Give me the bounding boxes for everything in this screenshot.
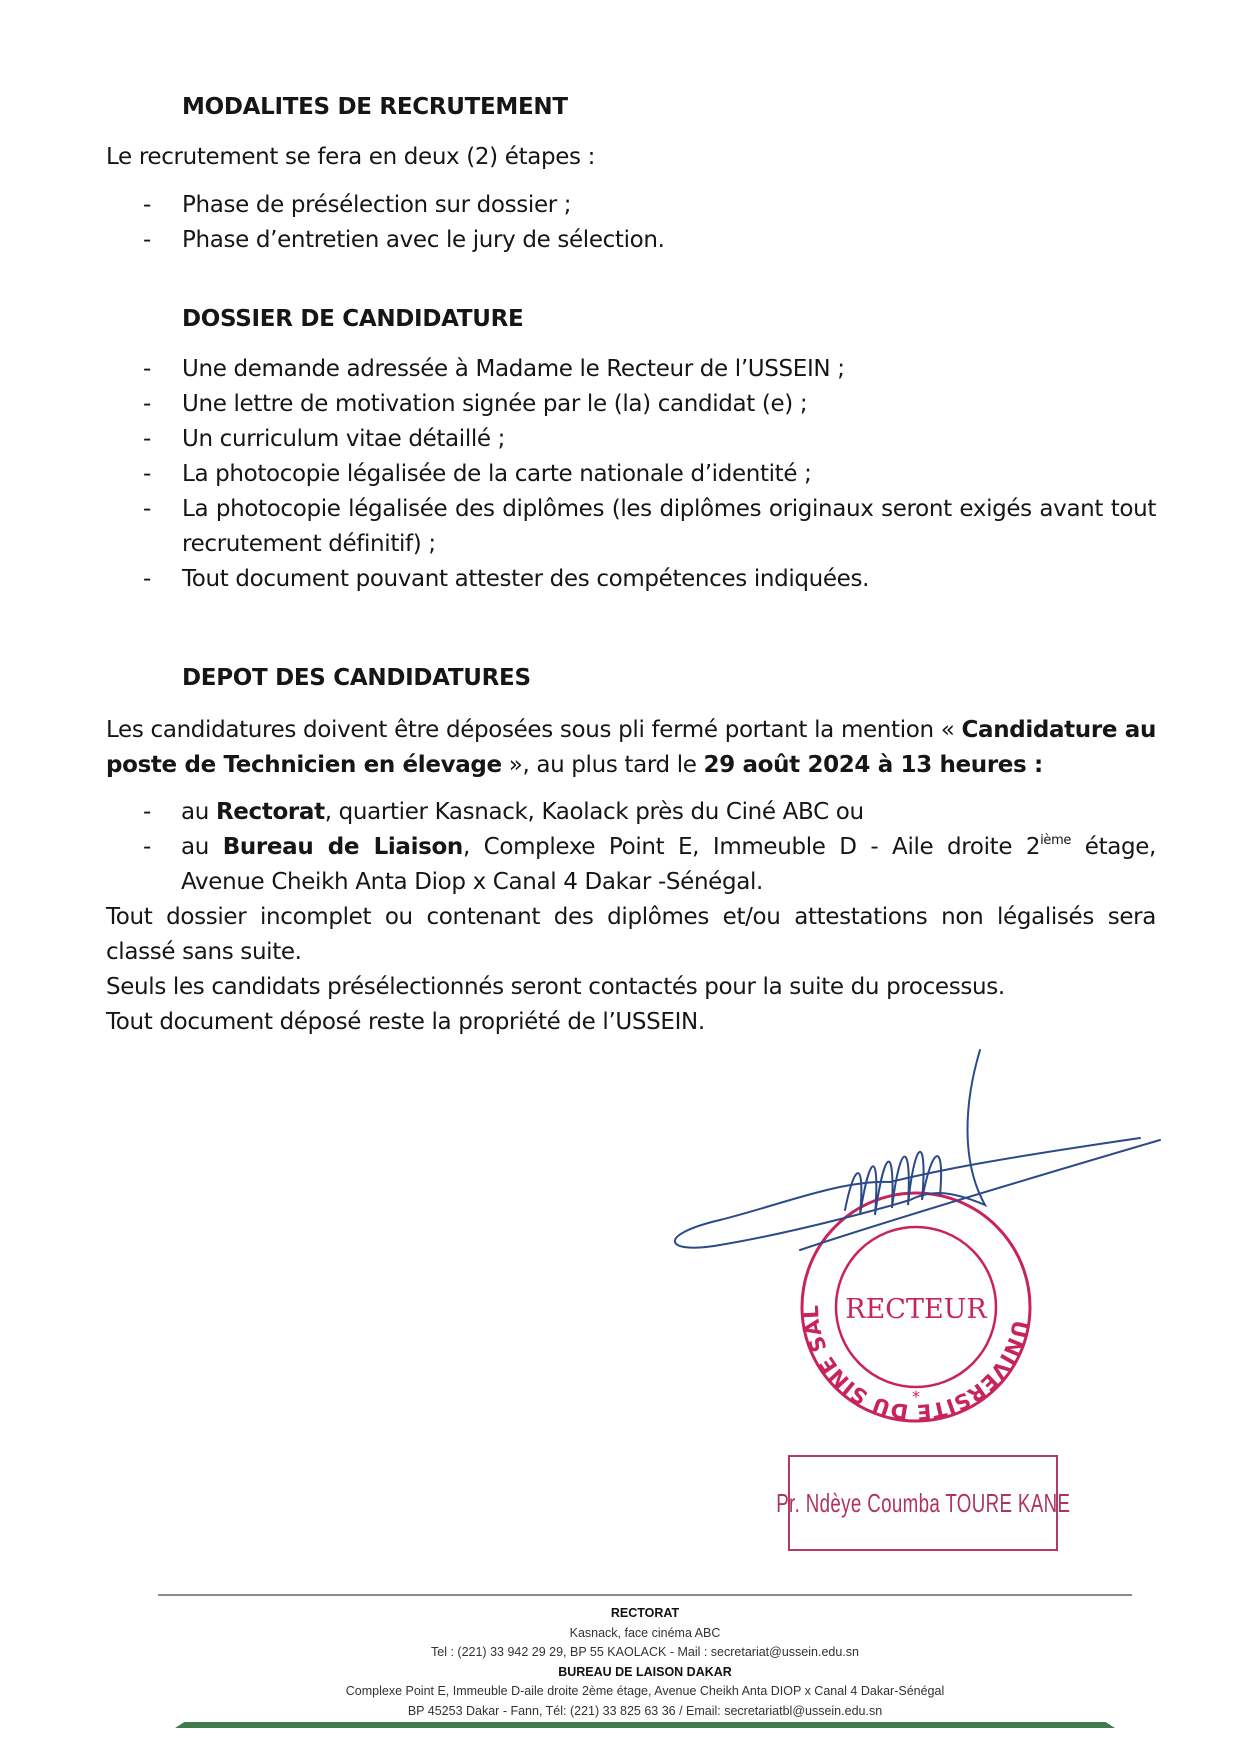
dossier-list: -Une demande adressée à Madame le Recteu… <box>106 352 1156 597</box>
list-dash: - <box>143 457 151 492</box>
svg-text:RECTEUR: RECTEUR <box>845 1294 987 1325</box>
list-dash: - <box>143 492 151 527</box>
list-item: -La photocopie légalisée des diplômes (l… <box>106 492 1156 562</box>
footer-line-bureau: BUREAU DE LAISON DAKAR <box>158 1663 1132 1683</box>
depot-notes: Tout dossier incomplet ou contenant des … <box>106 900 1156 1040</box>
list-dash: - <box>143 562 151 597</box>
list-item: -Tout document pouvant attester des comp… <box>106 562 1156 597</box>
list-dash: - <box>143 352 151 387</box>
location-bureau-liaison: -au Bureau de Liaison, Complexe Point E,… <box>106 830 1156 900</box>
deadline: 29 août 2024 à 13 heures : <box>704 752 1043 778</box>
list-item: -Un curriculum vitae détaillé ; <box>106 422 1156 457</box>
heading-modalites: MODALITES DE RECRUTEMENT <box>182 94 568 120</box>
footer: RECTORAT Kasnack, face cinéma ABC Tel : … <box>158 1604 1132 1721</box>
list-item: -La photocopie légalisée de la carte nat… <box>106 457 1156 492</box>
list-dash: - <box>143 223 151 258</box>
heading-depot: DEPOT DES CANDIDATURES <box>182 665 531 691</box>
note-incomplete: Tout dossier incomplet ou contenant des … <box>106 900 1156 970</box>
footer-line-contact: Tel : (221) 33 942 29 29, BP 55 KAOLACK … <box>158 1643 1132 1663</box>
depot-paragraph: Les candidatures doivent être déposées s… <box>106 713 1156 783</box>
list-dash: - <box>143 830 151 865</box>
signatory-name-stamp: Pr. Ndèye Coumba TOURE KANE <box>788 1455 1058 1551</box>
note-property: Tout document déposé reste la propriété … <box>106 1005 1156 1040</box>
svg-text:UNIVERSITE DU SINE SALOUM EL H: UNIVERSITE DU SINE SALOUM EL HADJI IBRAH… <box>660 1040 1032 1424</box>
list-item: -Une demande adressée à Madame le Recteu… <box>106 352 1156 387</box>
modalites-intro: Le recrutement se fera en deux (2) étape… <box>106 140 1156 175</box>
location-rectorat: -au Rectorat, quartier Kasnack, Kaolack … <box>106 795 1156 830</box>
footer-line-rectorat: RECTORAT <box>158 1604 1132 1624</box>
document-page: MODALITES DE RECRUTEMENT Le recrutement … <box>0 0 1240 1753</box>
signatory-name: Pr. Ndèye Coumba TOURE KANE <box>776 1488 1070 1519</box>
list-dash: - <box>143 795 151 830</box>
svg-text:*: * <box>912 1387 920 1406</box>
footer-line-address: Kasnack, face cinéma ABC <box>158 1624 1132 1644</box>
footer-green-bar <box>175 1722 1115 1728</box>
official-stamp-icon: UNIVERSITE DU SINE SALOUM EL HADJI IBRAH… <box>660 1040 1032 1424</box>
footer-divider <box>158 1594 1132 1596</box>
signature-stamp: UNIVERSITE DU SINE SALOUM EL HADJI IBRAH… <box>660 1040 1180 1460</box>
list-item: -Une lettre de motivation signée par le … <box>106 387 1156 422</box>
list-dash: - <box>143 422 151 457</box>
footer-line-bureau-contact: BP 45253 Dakar - Fann, Tél: (221) 33 825… <box>158 1702 1132 1722</box>
list-item: -Phase d’entretien avec le jury de sélec… <box>106 223 1156 258</box>
heading-dossier: DOSSIER DE CANDIDATURE <box>182 306 523 332</box>
footer-line-bureau-address: Complexe Point E, Immeuble D-aile droite… <box>158 1682 1132 1702</box>
list-dash: - <box>143 387 151 422</box>
list-item: -Phase de présélection sur dossier ; <box>106 188 1156 223</box>
list-dash: - <box>143 188 151 223</box>
handwritten-signature-icon <box>675 1050 1160 1250</box>
modalites-list: -Phase de présélection sur dossier ; -Ph… <box>106 188 1156 258</box>
depot-locations: -au Rectorat, quartier Kasnack, Kaolack … <box>106 795 1156 900</box>
note-preselected: Seuls les candidats présélectionnés sero… <box>106 970 1156 1005</box>
